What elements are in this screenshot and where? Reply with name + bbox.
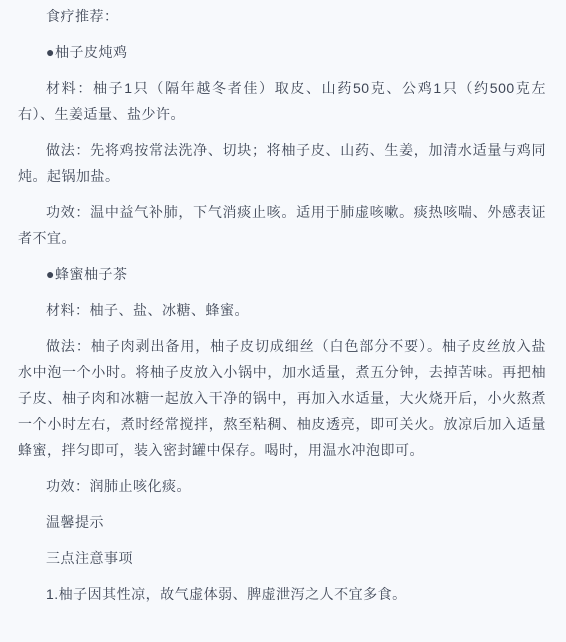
note-item-1: 1.柚子因其性凉，故气虚体弱、脾虚泄泻之人不宜多食。 [18, 581, 546, 607]
notes-heading: 三点注意事项 [18, 545, 546, 571]
recipe-1-title: ●柚子皮炖鸡 [18, 39, 546, 65]
recipe-2-effect: 功效：润肺止咳化痰。 [18, 473, 546, 499]
recipe-1-effect: 功效：温中益气补肺，下气消痰止咳。适用于肺虚咳嗽。痰热咳喘、外感表证者不宜。 [18, 199, 546, 251]
recipe-1-materials: 材料：柚子1只（隔年越冬者佳）取皮、山药50克、公鸡1只（约500克左右）、生姜… [18, 75, 546, 127]
recipe-2-materials: 材料：柚子、盐、冰糖、蜂蜜。 [18, 297, 546, 323]
recipe-2-title: ●蜂蜜柚子茶 [18, 261, 546, 287]
food-therapy-heading: 食疗推荐： [18, 3, 546, 29]
tips-heading: 温馨提示 [18, 509, 546, 535]
article-body: 食疗推荐： ●柚子皮炖鸡 材料：柚子1只（隔年越冬者佳）取皮、山药50克、公鸡1… [0, 0, 566, 607]
recipe-2-method: 做法：柚子肉剥出备用，柚子皮切成细丝（白色部分不要）。柚子皮丝放入盐水中泡一个小… [18, 333, 546, 463]
recipe-1-method: 做法：先将鸡按常法洗净、切块；将柚子皮、山药、生姜，加清水适量与鸡同炖。起锅加盐… [18, 137, 546, 189]
